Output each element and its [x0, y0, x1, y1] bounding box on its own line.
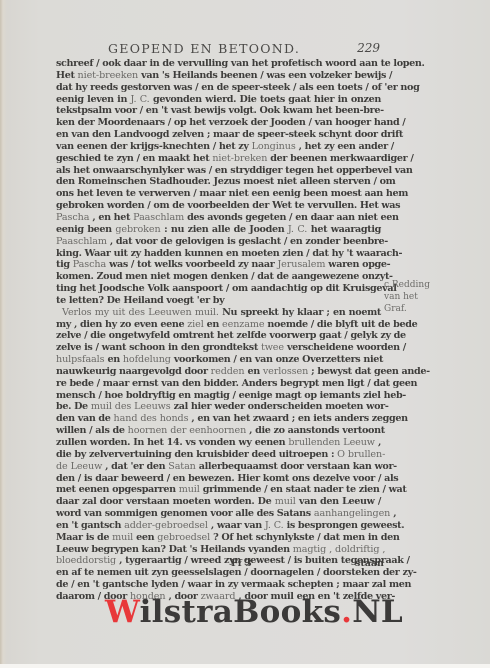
blackletter-text: zelve is / want schoon in den grondtekst: [56, 342, 261, 353]
scanned-book-page: GEOPEND EN BETOOND. 229 schreef / ook da…: [0, 0, 490, 664]
blackletter-text: willen / als de: [56, 425, 128, 436]
blackletter-text: daar zal door verstaan moeten worden. De: [56, 496, 275, 507]
roman-text: magtig , doldriftig ,: [293, 544, 386, 555]
roman-text: Paaschlam: [56, 236, 107, 247]
text-line: Paaschlam , dat voor de gelovigen is ges…: [56, 236, 381, 248]
blackletter-text: ting het Joodsche Volk aanspoort / om aa…: [56, 283, 397, 294]
text-line: re bede / maar ernst van den bidder. And…: [56, 378, 381, 390]
blackletter-text: word van sommigen genomen voor alle des …: [56, 508, 314, 519]
margin-note: c.Redding: [384, 280, 430, 290]
blackletter-text: en: [204, 319, 222, 330]
blackletter-text: gevonden wierd. Die toets gaat hier in o…: [150, 94, 381, 105]
text-line: nauwkeurig naargevolgd door redden en ve…: [56, 366, 381, 378]
blackletter-text: komen. Zoud men niet mogen denken / dat …: [56, 271, 393, 282]
blackletter-text: mensch / hoe boldryftig en magtig / eeni…: [56, 390, 406, 401]
text-line: Leeuw begrypen kan? Dat 's Heilands vyan…: [56, 544, 381, 556]
blackletter-text: gebroken worden / om de voorbeelden der …: [56, 200, 400, 211]
text-line: be. De muil des Leeuws zal hier weder on…: [56, 401, 381, 413]
page-header: GEOPEND EN BETOOND. 229: [62, 41, 380, 57]
text-line: word van sommigen genomen voor alle des …: [56, 508, 381, 520]
text-line: zullen worden. In het 14. vs vonden wy e…: [56, 437, 381, 449]
blackletter-text: den van de: [56, 413, 114, 424]
blackletter-text: een: [133, 532, 157, 543]
blackletter-text: be. De: [56, 401, 91, 412]
roman-text: aanhangelingen: [314, 508, 390, 519]
watermark-dot: .: [341, 594, 352, 630]
text-line: hulpsfaals en hofdelung voorkomen / en v…: [56, 354, 381, 366]
roman-text: gebroken: [115, 224, 160, 235]
text-line: den Romeinschen Stadhouder. Jezus moest …: [56, 176, 381, 188]
blackletter-text: , het zy een ander /: [296, 141, 394, 152]
blackletter-text: my , dien hy zo even eene: [56, 319, 187, 330]
roman-text: muil: [112, 532, 133, 543]
text-line: den van de hand des honds , en van het z…: [56, 413, 381, 425]
blackletter-text: met eenen opgesparren: [56, 484, 179, 495]
text-line: ons het leven te verwerven / maar niet e…: [56, 188, 381, 200]
blackletter-text: eenig been: [56, 224, 115, 235]
roman-text: O brullen-: [337, 449, 385, 460]
blackletter-text: was / tot welks voorbeeld zy naar: [106, 259, 277, 270]
roman-text: Jerusalem: [277, 259, 325, 270]
text-line: en af te nemen uit zyn geesselslagen / d…: [56, 567, 381, 579]
text-line: Verlos my uit des Leeuwen muil. Nu spree…: [56, 307, 381, 319]
blackletter-text: van den Leeuw /: [296, 496, 381, 507]
blackletter-text: , en van het zwaard ; en iets anders zeg…: [188, 413, 407, 424]
blackletter-text: Maar is de: [56, 532, 112, 543]
blackletter-text: allerbequaamst door verstaan kan wor-: [196, 461, 397, 472]
text-line: bloeddorstig , tygeraartig / wreed zyn g…: [56, 555, 381, 567]
blackletter-text: Leeuw begrypen kan? Dat 's Heilands vyan…: [56, 544, 293, 555]
text-line: Het niet-breeken van 's Heilands beenen …: [56, 70, 381, 82]
blackletter-text: voorkomen / en van onze Overzetters niet: [171, 354, 383, 365]
blackletter-text: schreef / ook daar in de vervulling van …: [56, 58, 425, 69]
roman-text: Longinus: [252, 141, 296, 152]
catchword: staan: [355, 558, 384, 569]
roman-text: ziel: [187, 319, 203, 330]
roman-text: gebroedsel: [157, 532, 210, 543]
blackletter-text: geschied te zyn / en maakt het: [56, 153, 212, 164]
text-line: king. Waar uit zy hadden kunnen en moete…: [56, 248, 381, 260]
text-line: Maar is de muil een gebroedsel ? Of het …: [56, 532, 381, 544]
text-line: en 't gantsch adder-gebroedsel , waar va…: [56, 520, 381, 532]
text-line: met eenen opgesparren muil grimmende / e…: [56, 484, 381, 496]
roman-text: J. C.: [288, 224, 307, 235]
blackletter-text: grimmende / en staat nader te zien / wat: [200, 484, 407, 495]
watermark-suffix: NL: [352, 594, 403, 630]
text-line: gebroken worden / om de voorbeelden der …: [56, 200, 381, 212]
text-line: die by zelververtuining den kruisbider d…: [56, 449, 381, 461]
scan-bottom-edge: [0, 664, 490, 668]
text-line: eenig been gebroken : nu zien alle de Jo…: [56, 224, 381, 236]
text-line: de Leeuw , dat 'er den Satan allerbequaa…: [56, 461, 381, 473]
blackletter-text: waren opge-: [325, 259, 390, 270]
roman-text: de Leeuw: [56, 461, 102, 472]
blackletter-text: , waar van: [208, 520, 265, 531]
blackletter-text: des avonds gegeten / en daar aan niet ee…: [184, 212, 399, 223]
roman-text: muil des Leeuws: [91, 401, 171, 412]
roman-text: hand des honds: [114, 413, 189, 424]
blackletter-text: ,: [375, 437, 381, 448]
margin-note: Graf.: [384, 304, 407, 314]
blackletter-text: te letten? De Heiland voegt 'er by: [56, 295, 224, 306]
text-line: ken der Moordenaars / op het verzoek der…: [56, 117, 381, 129]
roman-text: Satan: [168, 461, 196, 472]
blackletter-text: en van den Landvoogd zelven ; maar de sp…: [56, 129, 403, 140]
blackletter-text: ; bewyst dat geen ande-: [308, 366, 430, 377]
roman-text: verlossen: [263, 366, 308, 377]
roman-text: Pascha: [56, 212, 89, 223]
text-line: tig Pascha was / tot welks voorbeeld zy …: [56, 259, 381, 271]
blackletter-text: den / is daar beweerd / en bewezen. Hier…: [56, 473, 398, 484]
roman-text: bloeddorstig: [56, 555, 116, 566]
text-line: zelve is / want schoon in den grondtekst…: [56, 342, 381, 354]
blackletter-text: : nu zien alle de Jooden: [161, 224, 288, 235]
blackletter-text: den Romeinschen Stadhouder. Jezus moest …: [56, 176, 395, 187]
roman-text: niet-breeken: [78, 70, 139, 81]
text-line: eenig leven in J. C. gevonden wierd. Die…: [56, 94, 381, 106]
text-line: Pascha , en het Paaschlam des avonds geg…: [56, 212, 381, 224]
blackletter-text: zelve / die ongetwyfeld omtrent het zelf…: [56, 330, 406, 341]
blackletter-text: tig: [56, 259, 73, 270]
blackletter-text: Nu spreekt hy klaar ; en noemt: [219, 307, 381, 318]
text-line: te letten? De Heiland voegt 'er by: [56, 295, 381, 307]
blackletter-text: verscheidene woorden /: [284, 342, 406, 353]
roman-text: Paaschlam: [133, 212, 184, 223]
text-line: daar zal door verstaan moeten worden. De…: [56, 496, 381, 508]
text-line: zelve / die ongetwyfeld omtrent het zelf…: [56, 330, 381, 342]
text-line: geschied te zyn / en maakt het niet-brek…: [56, 153, 381, 165]
blackletter-text: der beenen merkwaardiger /: [267, 153, 413, 164]
text-line: den / is daar beweerd / en bewezen. Hier…: [56, 473, 381, 485]
blackletter-text: dat hy reeds gestorven was / en de speer…: [56, 82, 419, 93]
blackletter-text: re bede / maar ernst van den bidder. And…: [56, 378, 417, 389]
blackletter-text: , dat 'er den: [102, 461, 168, 472]
blackletter-text: ken der Moordenaars / op het verzoek der…: [56, 117, 405, 128]
roman-text: Verlos my uit des Leeuwen muil.: [62, 307, 219, 318]
text-line: de / en 't gantsche lyden / waar in zy v…: [56, 579, 381, 591]
blackletter-text: noemde / die blyft uit de bede: [264, 319, 417, 330]
blackletter-text: king. Waar uit zy hadden kunnen en moete…: [56, 248, 402, 259]
blackletter-text: het waaragtig: [307, 224, 381, 235]
page-number: 229: [357, 41, 380, 55]
roman-text: J. C.: [130, 94, 149, 105]
roman-text: hulpsfaals: [56, 354, 104, 365]
text-line: schreef / ook daar in de vervulling van …: [56, 58, 381, 70]
blackletter-text: Het: [56, 70, 78, 81]
blackletter-text: is besprongen geweest.: [284, 520, 405, 531]
blackletter-text: de / en 't gantsche lyden / waar in zy v…: [56, 579, 411, 590]
blackletter-text: , die zo aanstonds vertoont: [246, 425, 385, 436]
blackletter-text: , dat voor de gelovigen is geslacht / en…: [107, 236, 388, 247]
roman-text: brullenden Leeuw: [288, 437, 375, 448]
roman-text: eenzame: [222, 319, 264, 330]
text-line: als het onwaarschynlyker was / en strydd…: [56, 165, 381, 177]
text-line: dat hy reeds gestorven was / en de speer…: [56, 82, 381, 94]
text-line: willen / als de hoornen der eenhoornen ,…: [56, 425, 381, 437]
blackletter-text: van eenen der krijgs-knechten / het zy: [56, 141, 252, 152]
blackletter-text: , en het: [89, 212, 133, 223]
blackletter-text: van 's Heilands beenen / was een volzeke…: [138, 70, 392, 81]
roman-text: redden: [211, 366, 245, 377]
watermark-initial: W: [105, 594, 140, 630]
blackletter-text: nauwkeurig naargevolgd door: [56, 366, 211, 377]
text-line: komen. Zoud men niet mogen denken / dat …: [56, 271, 381, 283]
body-text: schreef / ook daar in de vervulling van …: [56, 58, 381, 603]
blackletter-text: ,: [390, 508, 396, 519]
watermark-logo: WilstraBooks.NL: [105, 594, 403, 630]
blackletter-text: ons het leven te verwerven / maar niet e…: [56, 188, 408, 199]
margin-note: van het: [384, 292, 418, 302]
roman-text: J. C.: [265, 520, 284, 531]
signature-mark: Ff 3: [231, 558, 252, 569]
blackletter-text: en 't gantsch: [56, 520, 124, 531]
text-line: my , dien hy zo even eene ziel en eenzam…: [56, 319, 381, 331]
running-head: GEOPEND EN BETOOND.: [108, 41, 300, 56]
text-line: ting het Joodsche Volk aanspoort / om aa…: [56, 283, 381, 295]
text-line: tekstpsalm voor / en 't vast bewijs volg…: [56, 105, 381, 117]
blackletter-text: zullen worden. In het 14. vs vonden wy e…: [56, 437, 288, 448]
text-line: en van den Landvoogd zelven ; maar de sp…: [56, 129, 381, 141]
blackletter-text: als het onwaarschynlyker was / en strydd…: [56, 165, 413, 176]
blackletter-text: eenig leven in: [56, 94, 130, 105]
text-line: mensch / hoe boldryftig en magtig / eeni…: [56, 390, 381, 402]
blackletter-text: zal hier weder onderscheiden moeten wor-: [171, 401, 389, 412]
text-line: van eenen der krijgs-knechten / het zy L…: [56, 141, 381, 153]
watermark-name: ilstraBooks: [140, 594, 342, 630]
roman-text: twee: [261, 342, 284, 353]
roman-text: niet-breken: [212, 153, 267, 164]
blackletter-text: ? Of het schynlykste / dat men in den: [210, 532, 399, 543]
roman-text: hoornen der eenhoornen: [128, 425, 247, 436]
roman-text: Pascha: [73, 259, 106, 270]
blackletter-text: die by zelververtuining den kruisbider d…: [56, 449, 337, 460]
roman-text: muil: [275, 496, 296, 507]
blackletter-text: en: [104, 354, 122, 365]
roman-text: muil: [179, 484, 200, 495]
roman-text: hofdelung: [123, 354, 171, 365]
blackletter-text: tekstpsalm voor / en 't vast bewijs volg…: [56, 105, 384, 116]
blackletter-text: en: [244, 366, 262, 377]
roman-text: adder-gebroedsel: [124, 520, 208, 531]
